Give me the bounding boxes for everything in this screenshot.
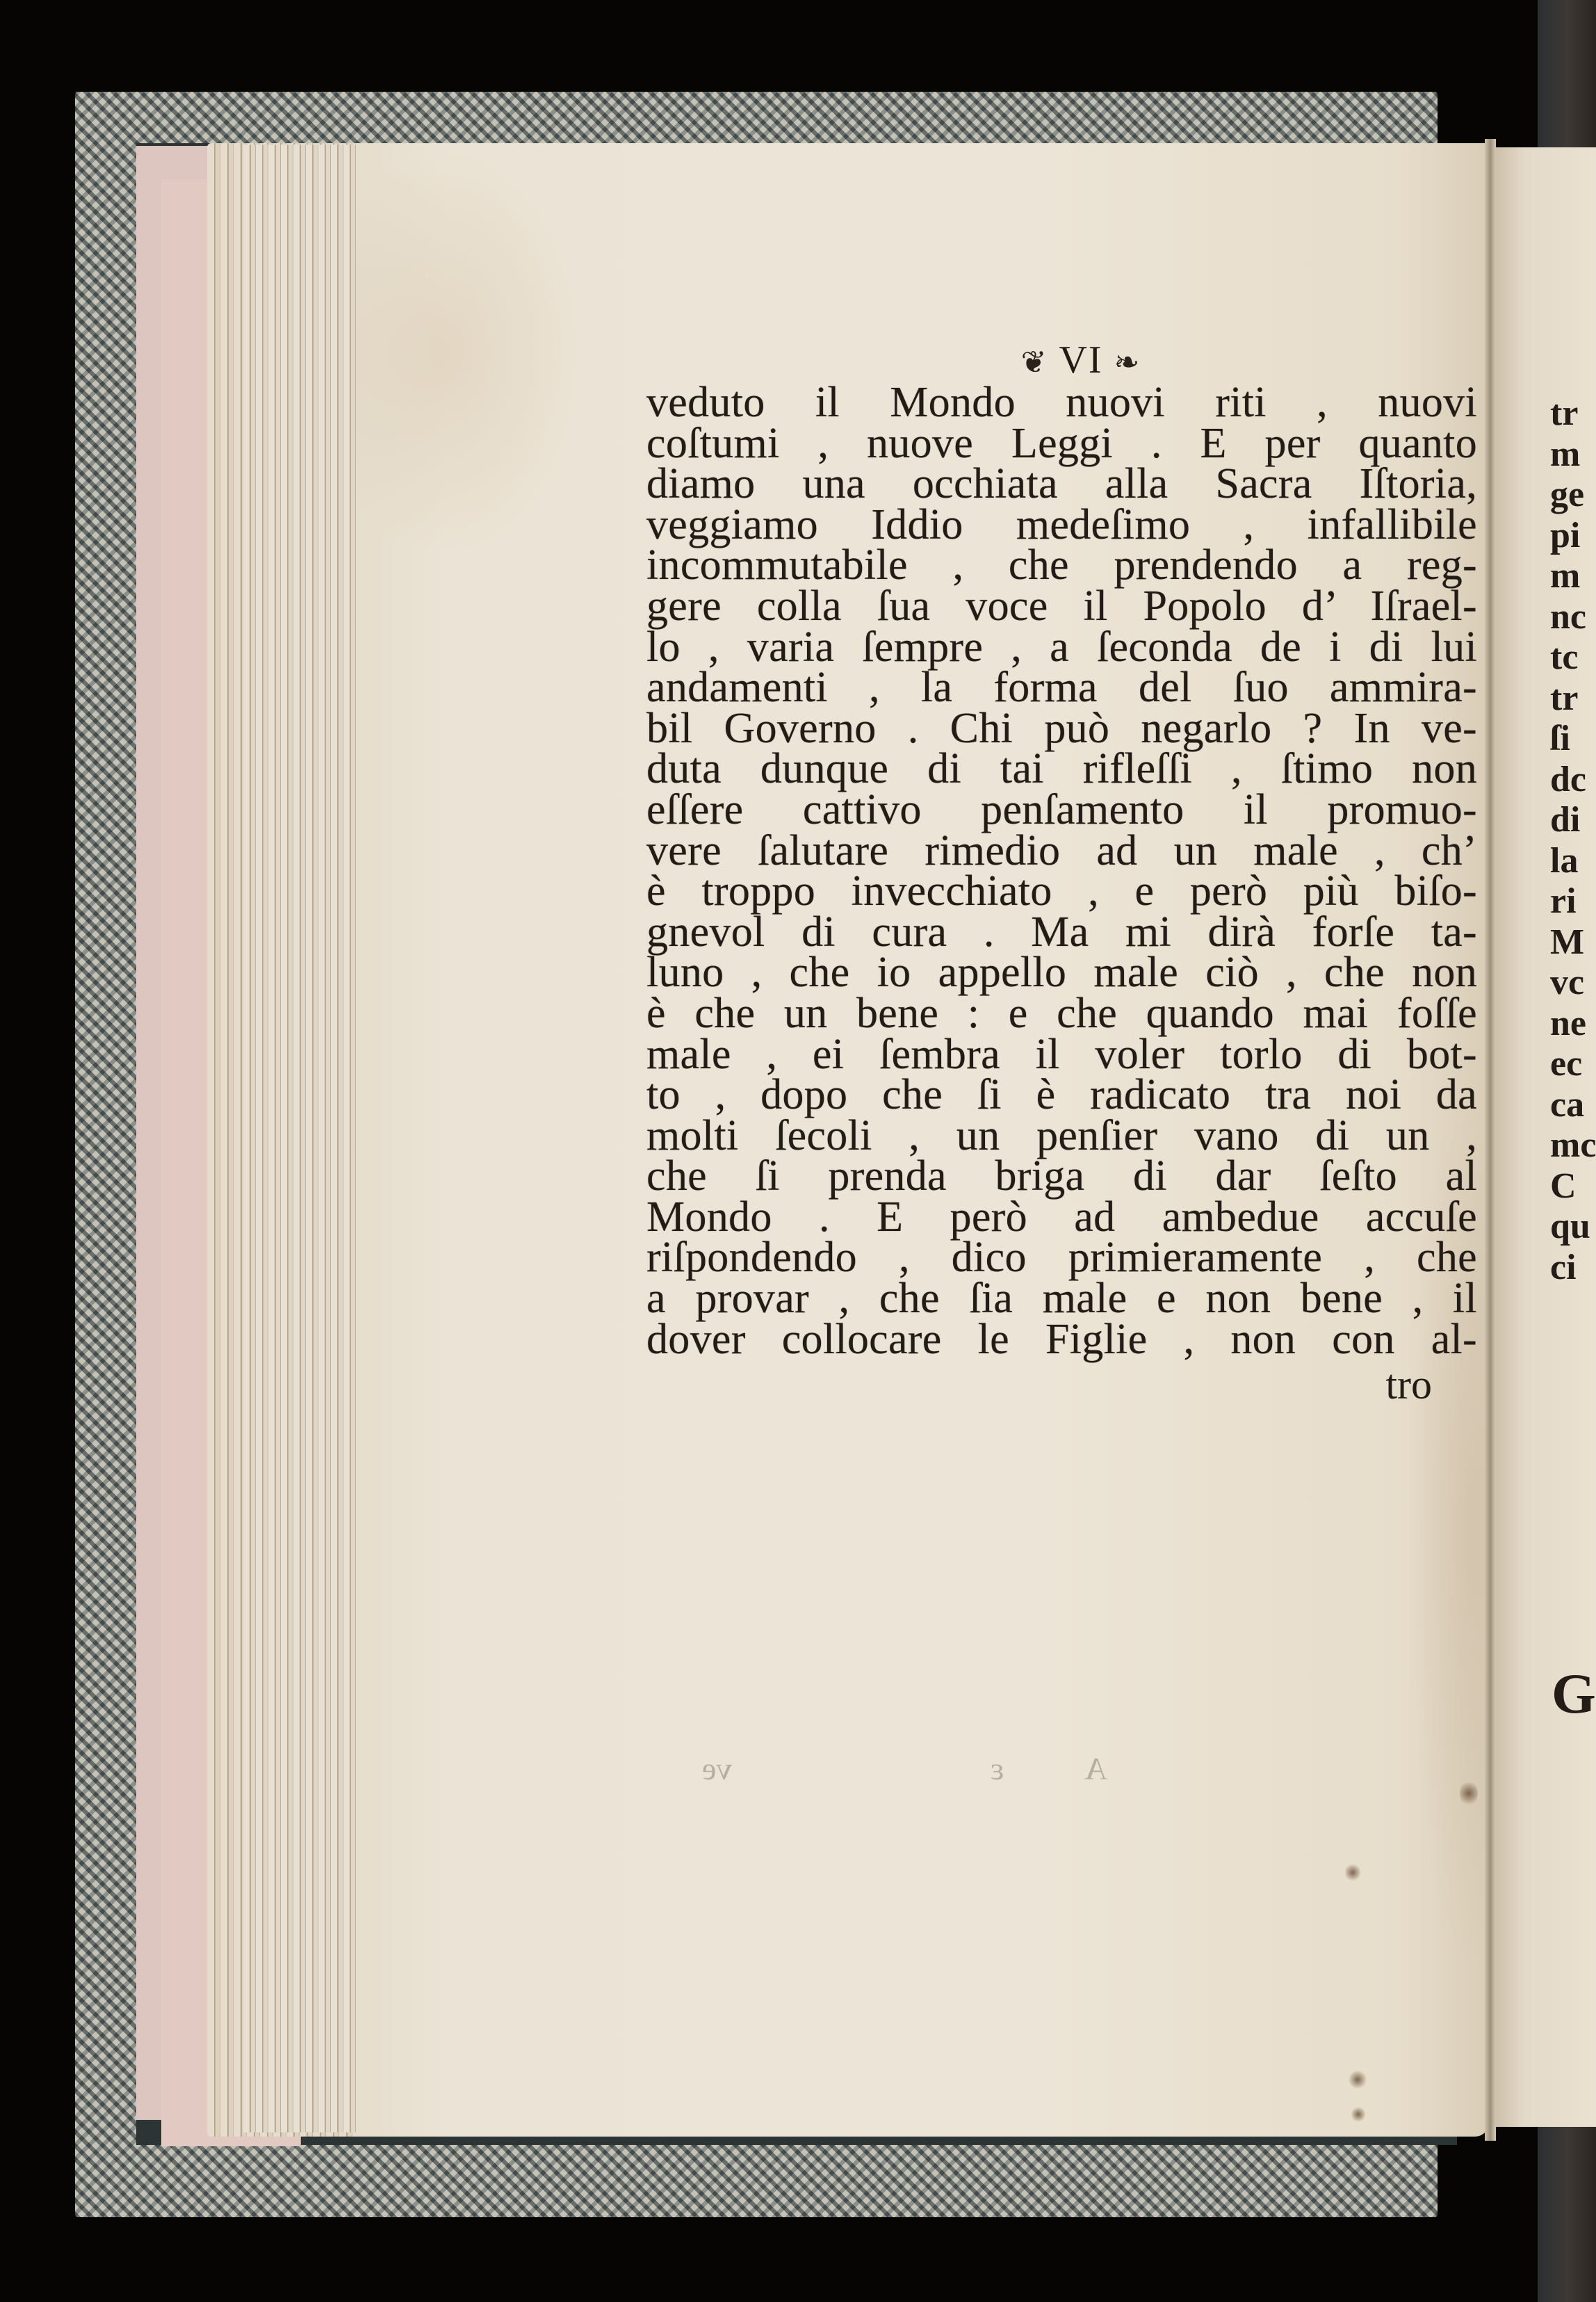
text-line: Mondo . E però ad ambedue accuſe xyxy=(646,1197,1477,1238)
text-line: eſſere cattivo penſamento il promuo- xyxy=(646,790,1477,831)
ink-stain xyxy=(1349,2070,1367,2089)
facing-cover-top xyxy=(1538,0,1596,147)
text-line: gere colla ſua voce il Popolo d’ Iſrael- xyxy=(646,586,1477,627)
showthrough-fragment: A xyxy=(1084,1750,1107,1787)
left-ornament-icon: ❦ xyxy=(1021,345,1048,379)
facing-line-start: tr xyxy=(1550,393,1596,434)
facing-line-start: pi xyxy=(1550,516,1596,557)
facing-line-start: dc xyxy=(1550,760,1596,801)
text-line: veggiamo Iddio medeſimo , infallibile xyxy=(646,505,1477,546)
facing-cover-bottom xyxy=(1538,2127,1596,2302)
text-line: a provar , che ſia male e non bene , il xyxy=(646,1278,1477,1319)
facing-line-start: la xyxy=(1550,841,1596,882)
text-line: gnevol di cura . Ma mi dirà forſe ta- xyxy=(646,912,1477,953)
text-line: male , ei ſembra il voler torlo di bot- xyxy=(646,1034,1477,1075)
facing-line-start: ge xyxy=(1550,475,1596,516)
facing-initial: G xyxy=(1552,1661,1596,1726)
running-head: ❦VI❧ xyxy=(660,339,1501,381)
facing-line-start: di xyxy=(1550,800,1596,841)
facing-line-start: ne xyxy=(1550,1004,1596,1045)
text-line: dover collocare le Figlie , non con al- xyxy=(646,1319,1477,1360)
right-ornament-icon: ❧ xyxy=(1114,345,1141,379)
showthrough-fragment: ve xyxy=(702,1750,732,1787)
facing-line-start: vc xyxy=(1550,963,1596,1004)
facing-line-start: ci xyxy=(1550,1248,1596,1289)
ink-stain xyxy=(1460,1779,1478,1807)
text-line: incommutabile , che prendendo a reg- xyxy=(646,545,1477,586)
page-text-block: ❦VI❧ veduto il Mondo nuovi riti , nuovi … xyxy=(646,339,1488,1405)
text-line: coſtumi , nuove Leggi . E per quanto xyxy=(646,423,1477,464)
facing-line-start: M xyxy=(1550,922,1596,963)
text-line: duta dunque di tai rifleſſi , ſtimo non xyxy=(646,749,1477,790)
text-line: veduto il Mondo nuovi riti , nuovi xyxy=(646,382,1477,423)
ink-stain xyxy=(1345,1863,1360,1882)
facing-line-start: ſi xyxy=(1550,719,1596,760)
facing-line-start: tc xyxy=(1550,637,1596,678)
text-line: è troppo invecchiato , e però più biſo- xyxy=(646,871,1477,912)
facing-line-start: ri xyxy=(1550,881,1596,922)
facing-line-start: m xyxy=(1550,434,1596,475)
facing-line-start: ca xyxy=(1550,1085,1596,1126)
facing-line-start: tr xyxy=(1550,678,1596,719)
text-line: che ſi prenda briga di dar ſeſto al xyxy=(646,1156,1477,1197)
facing-line-start: m xyxy=(1550,556,1596,597)
text-line: riſpondendo , dico primieramente , che xyxy=(646,1237,1477,1278)
showthrough-fragment: ε xyxy=(991,1750,1004,1787)
facing-page-text: tr m ge pi m nc tc tr ſi dc di la ri M v… xyxy=(1550,393,1596,1288)
ink-stain xyxy=(1351,2106,1365,2123)
facing-line-start: nc xyxy=(1550,597,1596,638)
catchword: tro xyxy=(646,1364,1432,1405)
facing-line-start: qu xyxy=(1550,1207,1596,1248)
text-line: to , dopo che ſi è radicato tra noi da xyxy=(646,1075,1477,1116)
text-line: è che un bene : e che quando mai foſſe xyxy=(646,993,1477,1034)
text-line: diamo una occhiata alla Sacra Iſtoria, xyxy=(646,464,1477,505)
page-number: VI xyxy=(1059,338,1102,382)
text-line: lo , varia ſempre , a ſeconda de i di lu… xyxy=(646,627,1477,668)
facing-line-start: ec xyxy=(1550,1044,1596,1085)
facing-line-start: C xyxy=(1550,1166,1596,1207)
text-line: andamenti , la forma del ſuo ammira- xyxy=(646,667,1477,708)
facing-line-start: mc xyxy=(1550,1125,1596,1166)
text-line: bil Governo . Chi può negarlo ? In ve- xyxy=(646,708,1477,749)
text-line: luno , che io appello male ciò , che non xyxy=(646,952,1477,993)
text-line: molti ſecoli , un penſier vano di un , xyxy=(646,1116,1477,1157)
text-line: vere ſalutare rimedio ad un male , ch’ xyxy=(646,831,1477,872)
